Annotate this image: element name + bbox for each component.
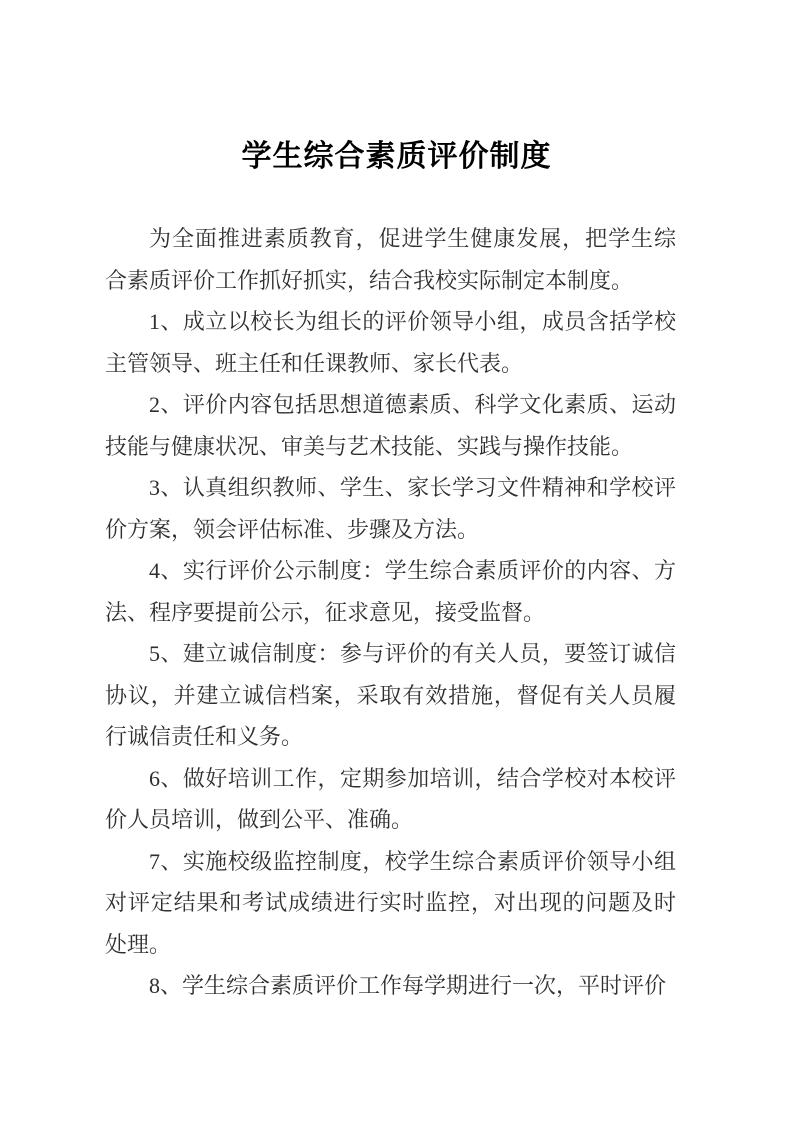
paragraph: 7、实施校级监控制度，校学生综合素质评价领导小组对评定结果和考试成绩进行实时监控… — [105, 841, 676, 966]
paragraph: 为全面推进素质教育，促进学生健康发展，把学生综合素质评价工作抓好抓实，结合我校实… — [105, 218, 676, 301]
paragraph: 5、建立诚信制度：参与评价的有关人员，要签订诚信协议，并建立诚信档案，采取有效措… — [105, 633, 676, 758]
paragraph: 4、实行评价公示制度：学生综合素质评价的内容、方法、程序要提前公示，征求意见，接… — [105, 550, 676, 633]
paragraph: 2、评价内容包括思想道德素质、科学文化素质、运动技能与健康状况、审美与艺术技能、… — [105, 384, 676, 467]
paragraph: 1、成立以校长为组长的评价领导小组，成员含括学校主管领导、班主任和任课教师、家长… — [105, 301, 676, 384]
document-page: 学生综合素质评价制度 为全面推进素质教育，促进学生健康发展，把学生综合素质评价工… — [0, 0, 793, 1122]
document-title: 学生综合素质评价制度 — [0, 139, 793, 175]
paragraph: 6、做好培训工作，定期参加培训，结合学校对本校评价人员培训，做到公平、准确。 — [105, 758, 676, 841]
paragraph: 3、认真组织教师、学生、家长学习文件精神和学校评价方案，领会评估标准、步骤及方法… — [105, 467, 676, 550]
document-body: 为全面推进素质教育，促进学生健康发展，把学生综合素质评价工作抓好抓实，结合我校实… — [105, 218, 676, 1007]
paragraph: 8、学生综合素质评价工作每学期进行一次，平时评价 — [105, 965, 676, 1007]
